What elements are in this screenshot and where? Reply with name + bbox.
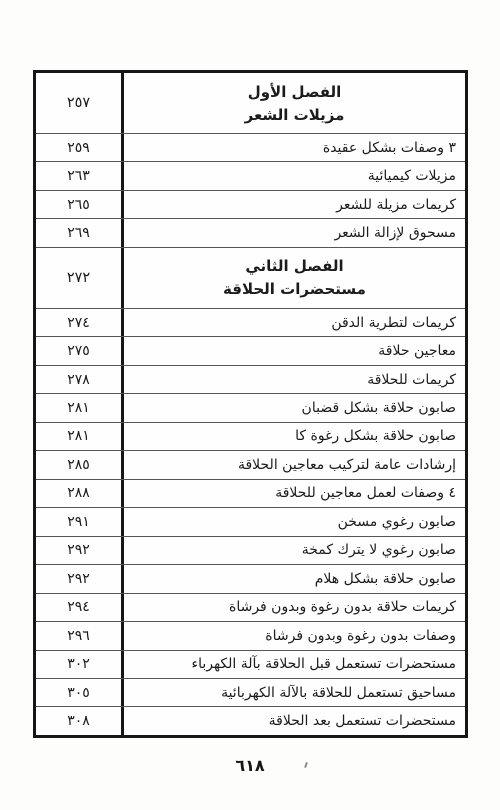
entry-title: صابون رغوي لا يترك كمخة: [124, 537, 465, 564]
page-number-cell: ٢٩٤: [36, 594, 124, 621]
page-number-cell: ٢٥٩: [36, 134, 124, 161]
toc-entry-row: ٢٦٩مسحوق لإزالة الشعر: [36, 218, 465, 246]
entry-title: صابون رغوي مسخن: [124, 508, 465, 535]
toc-entry-row: ٢٩٢صابون رغوي لا يترك كمخة: [36, 536, 465, 564]
entry-title: صابون حلاقة بشكل قضبان: [124, 394, 465, 421]
toc-entry-row: ٣٠٥مساحيق تستعمل للحلاقة بالآلة الكهربائ…: [36, 678, 465, 706]
toc-entry-row: ٢٨١صابون حلاقة بشكل رغوة كا: [36, 422, 465, 450]
toc-entry-row: ٣٠٨مستحضرات تستعمل بعد الحلاقة: [36, 706, 465, 734]
page-number-cell: ٢٦٥: [36, 191, 124, 218]
toc-entry-row: ٢٦٥كريمات مزيلة للشعر: [36, 190, 465, 218]
page-number-cell: ٢٨١: [36, 423, 124, 450]
entry-title: مزيلات كيميائية: [124, 162, 465, 189]
page-number-cell: ٢٧٨: [36, 366, 124, 393]
toc-entry-row: ٢٩٤كريمات حلاقة بدون رغوة وبدون فرشاة: [36, 593, 465, 621]
page-number-cell: ٢٨٨: [36, 480, 124, 507]
toc-chapter-row: ٢٥٧الفصل الأولمزيلات الشعر: [36, 73, 465, 133]
entry-title: كريمات للحلاقة: [124, 366, 465, 393]
entry-title: كريمات حلاقة بدون رغوة وبدون فرشاة: [124, 594, 465, 621]
entry-title: إرشادات عامة لتركيب معاجين الحلاقة: [124, 451, 465, 478]
entry-title: مستحضرات تستعمل قبل الحلاقة بآلة الكهربا…: [124, 651, 465, 678]
toc-entry-row: ٢٩٢صابون حلاقة بشكل هلام: [36, 564, 465, 592]
entry-title: معاجين حلاقة: [124, 337, 465, 364]
toc-entry-row: ٢٨١صابون حلاقة بشكل قضبان: [36, 393, 465, 421]
page-number-cell: ٢٦٩: [36, 219, 124, 246]
page-number-cell: ٢٥٧: [36, 73, 124, 133]
chapter-heading-line1: الفصل الأول: [248, 83, 342, 101]
entry-title: كريمات مزيلة للشعر: [124, 191, 465, 218]
page-number-cell: ٢٩١: [36, 508, 124, 535]
entry-title: ٣ وصفات بشكل عقيدة: [124, 134, 465, 161]
toc-entry-row: ٢٦٣مزيلات كيميائية: [36, 161, 465, 189]
page-number-cell: ٢٨١: [36, 394, 124, 421]
entry-title: مساحيق تستعمل للحلاقة بالآلة الكهربائية: [124, 679, 465, 706]
page-number-cell: ٣٠٥: [36, 679, 124, 706]
page-number-cell: ٣٠٨: [36, 707, 124, 734]
entry-title: صابون حلاقة بشكل رغوة كا: [124, 423, 465, 450]
toc-entry-row: ٣٠٢مستحضرات تستعمل قبل الحلاقة بآلة الكه…: [36, 650, 465, 678]
chapter-heading-line1: الفصل الثاني: [245, 257, 343, 275]
chapter-heading-line2: مستحضرات الحلاقة: [223, 280, 366, 298]
page-number-cell: ٢٧٥: [36, 337, 124, 364]
entry-title: صابون حلاقة بشكل هلام: [124, 565, 465, 592]
chapter-heading-cell: الفصل الثانيمستحضرات الحلاقة: [124, 248, 465, 308]
page-number-cell: ٢٨٥: [36, 451, 124, 478]
toc-entry-row: ٢٧٤كريمات لتطرية الدقن: [36, 308, 465, 336]
page-number-cell: ٢٩٢: [36, 565, 124, 592]
page-number-cell: ٢٩٢: [36, 537, 124, 564]
page-number-cell: ٢٦٣: [36, 162, 124, 189]
chapter-heading-line2: مزيلات الشعر: [245, 106, 345, 124]
entry-title: مستحضرات تستعمل بعد الحلاقة: [124, 707, 465, 734]
footer-page-number: ٦١٨: [0, 756, 500, 775]
page-number-cell: ٢٧٤: [36, 309, 124, 336]
toc-entry-row: ٢٥٩٣ وصفات بشكل عقيدة: [36, 133, 465, 161]
page-number-cell: ٢٧٢: [36, 248, 124, 308]
toc-entry-row: ٢٨٨٤ وصفات لعمل معاجين للحلاقة: [36, 479, 465, 507]
chapter-heading-cell: الفصل الأولمزيلات الشعر: [124, 73, 465, 133]
toc-entry-row: ٢٧٥معاجين حلاقة: [36, 336, 465, 364]
toc-chapter-row: ٢٧٢الفصل الثانيمستحضرات الحلاقة: [36, 247, 465, 308]
entry-title: مسحوق لإزالة الشعر: [124, 219, 465, 246]
entry-title: وصفات بدون رغوة وبدون فرشاة: [124, 622, 465, 649]
page-number-cell: ٣٠٢: [36, 651, 124, 678]
toc-entry-row: ٢٩٦وصفات بدون رغوة وبدون فرشاة: [36, 621, 465, 649]
toc-entry-row: ٢٧٨كريمات للحلاقة: [36, 365, 465, 393]
page-number-cell: ٢٩٦: [36, 622, 124, 649]
toc-entry-row: ٢٩١صابون رغوي مسخن: [36, 507, 465, 535]
entry-title: كريمات لتطرية الدقن: [124, 309, 465, 336]
entry-title: ٤ وصفات لعمل معاجين للحلاقة: [124, 480, 465, 507]
toc-table: ٢٥٧الفصل الأولمزيلات الشعر٢٥٩٣ وصفات بشك…: [33, 70, 468, 738]
scanned-book-page: ٢٥٧الفصل الأولمزيلات الشعر٢٥٩٣ وصفات بشك…: [0, 0, 500, 810]
toc-entry-row: ٢٨٥إرشادات عامة لتركيب معاجين الحلاقة: [36, 450, 465, 478]
